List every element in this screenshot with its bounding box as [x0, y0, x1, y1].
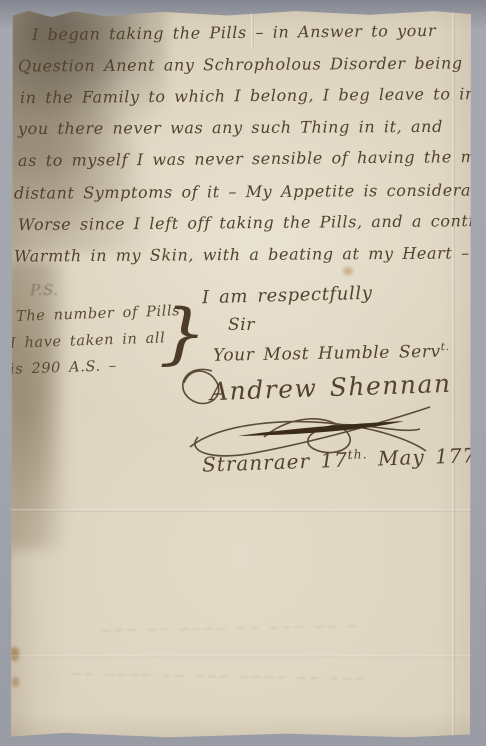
closing-servant-superscript: t. [441, 341, 450, 353]
postscript-line: I have taken in all [10, 330, 166, 351]
fold-crease-horizontal [10, 509, 471, 512]
letter-line: Warmth in my Skin, with a beating at my … [14, 243, 470, 265]
closing-respectfully: I am respectfully [202, 283, 373, 308]
letter-page: I began taking the Pills – in Answer to … [10, 9, 471, 738]
dateline-year: 1779 [435, 443, 486, 469]
verso-show-through: ~ ~~ ~~~ ~~ ~~~~ ~~ ~~~ [100, 619, 358, 639]
letter-line: distant Symptoms of it – My Appetite is … [14, 180, 486, 202]
letter-line: you there never was any such Thing in it… [18, 117, 443, 138]
closing-sir: Sir [228, 315, 255, 335]
letter-line: I began taking the Pills – in Answer to … [32, 21, 436, 44]
foxing-spot [10, 647, 19, 661]
closing-humble-servant-text: Your Most Humble Serv [213, 342, 441, 366]
dateline-month: May [378, 445, 426, 471]
postscript-line: is 290 A.S. – [10, 358, 117, 378]
manuscript-scan: I began taking the Pills – in Answer to … [0, 0, 486, 746]
letter-line: in the Family to which I belong, I beg l… [20, 84, 486, 107]
postscript-brace: } [159, 297, 208, 371]
postscript-initials: P.S. [30, 281, 59, 299]
letter-line: Question Anent any Schropholous Disorder… [18, 53, 463, 75]
signature: Andrew Shennan [210, 369, 452, 406]
dateline-place: Stranraer [202, 449, 311, 477]
dateline-ordinal: th. [347, 446, 367, 462]
letter-line: as to myself I was never sensible of hav… [18, 147, 486, 170]
postscript-line: The number of Pills [16, 303, 181, 325]
closing-humble-servant: Your Most Humble Servt. [213, 341, 450, 366]
stain-left-edge [4, 259, 74, 549]
dateline-day: 17 [320, 448, 348, 473]
verso-show-through: ~~~ ~~ ~~~~ ~~~ ~~ ~~~~ ~~ [70, 666, 365, 687]
foxing-spot [343, 267, 353, 275]
dateline: Stranraer 17th. May 1779 [202, 442, 486, 477]
foxing-spot [12, 677, 19, 687]
fold-crease-vertical [452, 9, 455, 738]
letter-line: Worse since I left off taking the Pills,… [18, 211, 486, 234]
fold-crease-horizontal [10, 655, 471, 658]
